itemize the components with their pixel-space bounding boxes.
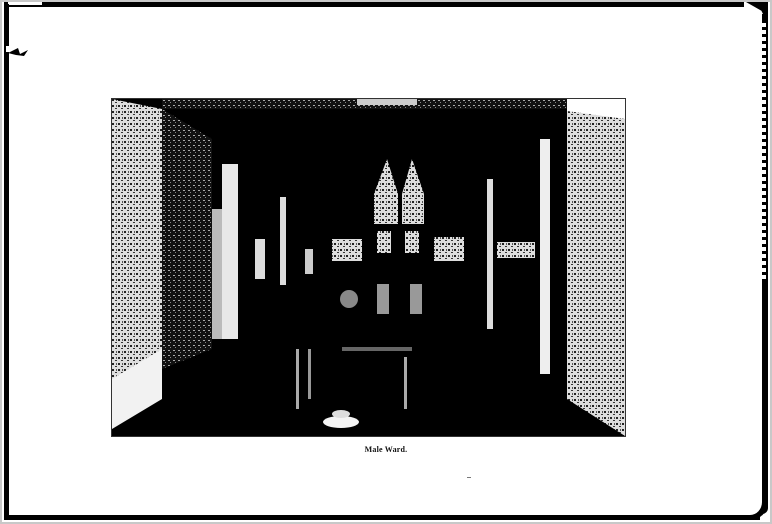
scan-speck (467, 477, 471, 478)
page-border-right-dots (762, 20, 766, 280)
page-border-bottom (4, 515, 760, 520)
page-border-left (4, 4, 9, 516)
figure-caption: Male Ward. (0, 445, 772, 454)
page-border-top (4, 2, 744, 7)
ward-photograph (111, 98, 626, 437)
page-border-highlight (8, 2, 42, 5)
binding-mark-icon (8, 46, 30, 60)
